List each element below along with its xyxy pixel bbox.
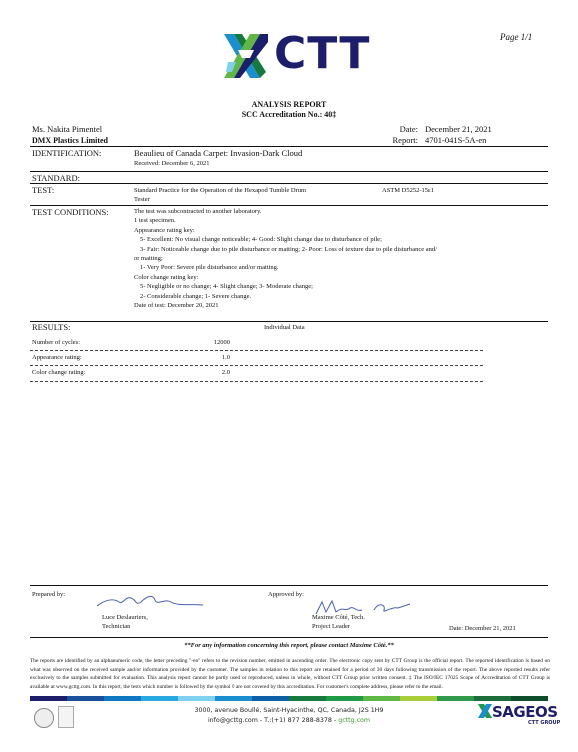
client-company: DMX Plastics Limited bbox=[32, 136, 108, 145]
contact-note: **For any information concerning this re… bbox=[0, 642, 578, 649]
divider bbox=[30, 321, 548, 322]
approved-by-title: Project Leader bbox=[312, 623, 350, 630]
test-method: ASTM D5252-15ε1 bbox=[382, 187, 434, 194]
divider bbox=[30, 183, 548, 184]
results-column-header: Individual Data bbox=[264, 324, 305, 331]
approved-by-name: Maxime Côté, Tech. bbox=[312, 614, 365, 621]
footer-contact: info@gcttg.com - T.:(+1) 877 288-8378 - bbox=[208, 717, 338, 724]
stripe-segment bbox=[437, 696, 474, 701]
received-date: Received: December 6, 2021 bbox=[134, 160, 209, 167]
condition-line: The test was subcontracted to another la… bbox=[134, 207, 437, 216]
prepared-by-label: Prepared by: bbox=[32, 591, 65, 598]
technician-signature-icon bbox=[95, 590, 205, 612]
stripe-segment bbox=[474, 696, 511, 701]
test-description-line1: Standard Practice for the Operation of t… bbox=[134, 187, 306, 194]
stripe-segment bbox=[141, 696, 178, 701]
divider bbox=[30, 637, 548, 638]
ctt-helix-icon bbox=[222, 32, 270, 80]
result-row-value: 12000 bbox=[180, 339, 230, 346]
divider bbox=[30, 171, 548, 172]
page-number: Page 1/1 bbox=[500, 32, 532, 42]
color-key-title: Color change rating key: bbox=[134, 273, 437, 282]
stripe-segment bbox=[178, 696, 215, 701]
report-label: Report: bbox=[370, 135, 418, 145]
date-label: Date: bbox=[370, 124, 418, 134]
ctt-logo-text: CTT bbox=[274, 30, 370, 78]
date-of-test: Date of test: December 20, 2021 bbox=[134, 301, 437, 310]
test-label: TEST: bbox=[32, 185, 54, 195]
website-link[interactable]: gcttg.com bbox=[338, 717, 370, 724]
report-title: ANALYSIS REPORT bbox=[0, 100, 578, 109]
row-separator bbox=[30, 381, 483, 382]
condition-line: 1 test specimen. bbox=[134, 216, 437, 225]
result-row-value: 2.0 bbox=[180, 369, 230, 376]
prepared-by-name: Luce Deslauriers, bbox=[102, 614, 148, 621]
divider bbox=[30, 146, 548, 147]
disclaimer: The reports are identified by an alphanu… bbox=[30, 657, 550, 691]
identification-value: Beaulieu of Canada Carpet: Invasion-Dark… bbox=[134, 148, 302, 158]
stripe-segment bbox=[326, 696, 363, 701]
identification-label: IDENTIFICATION: bbox=[32, 148, 101, 158]
test-conditions-label: TEST CONDITIONS: bbox=[32, 207, 109, 217]
report-number: 4701-041S-5A-en bbox=[425, 135, 486, 145]
results-label: RESULTS: bbox=[32, 322, 70, 332]
sageos-mark-icon bbox=[478, 704, 492, 718]
stripe-segment bbox=[289, 696, 326, 701]
condition-line: Appearance rating key: bbox=[134, 226, 437, 235]
ctt-logo: CTT bbox=[222, 32, 362, 80]
sageos-logo: SAGEOS bbox=[492, 703, 558, 721]
result-row-name: Appearance rating: bbox=[32, 354, 82, 361]
standard-label: STANDARD: bbox=[32, 173, 80, 183]
stripe-segment bbox=[252, 696, 289, 701]
row-separator bbox=[30, 350, 483, 351]
stripe-segment bbox=[511, 696, 548, 701]
client-contact: Ms. Nakita Pimentel bbox=[32, 124, 102, 134]
divider bbox=[30, 205, 548, 206]
brand-color-stripe bbox=[30, 696, 548, 701]
stripe-segment bbox=[67, 696, 104, 701]
test-description-line2: Tester bbox=[134, 196, 150, 203]
result-row-value: 1.0 bbox=[180, 354, 230, 361]
approved-by-label: Approved by: bbox=[268, 591, 304, 598]
color-key-line: 2- Considerable change; 1- Severe change… bbox=[134, 292, 437, 301]
stripe-segment bbox=[363, 696, 400, 701]
sageos-subtitle: CTT GROUP bbox=[528, 720, 560, 726]
stripe-segment bbox=[400, 696, 437, 701]
result-row-name: Color change rating: bbox=[32, 369, 85, 376]
stripe-segment bbox=[30, 696, 67, 701]
appearance-key-line: 3- Fair: Noticeable change due to pile d… bbox=[134, 245, 437, 254]
date-value: December 21, 2021 bbox=[425, 124, 492, 134]
stripe-segment bbox=[104, 696, 141, 701]
accreditation-number: SCC Accreditation No.: 40‡ bbox=[0, 110, 578, 119]
result-row-name: Number of cycles: bbox=[32, 339, 80, 346]
divider bbox=[30, 585, 548, 586]
approval-date: Date: December 21, 2021 bbox=[449, 625, 516, 632]
appearance-key-line: 5- Excellent: No visual change noticeabl… bbox=[134, 235, 437, 244]
appearance-key-line: 1- Very Poor: Severe pile disturbance an… bbox=[134, 263, 437, 272]
test-conditions-block: The test was subcontracted to another la… bbox=[134, 207, 437, 310]
appearance-key-line: or matting; bbox=[134, 254, 437, 263]
color-key-line: 5- Negligible or no change; 4- Slight ch… bbox=[134, 282, 437, 291]
stripe-segment bbox=[215, 696, 252, 701]
row-separator bbox=[30, 365, 483, 366]
prepared-by-title: Technician bbox=[102, 623, 130, 630]
